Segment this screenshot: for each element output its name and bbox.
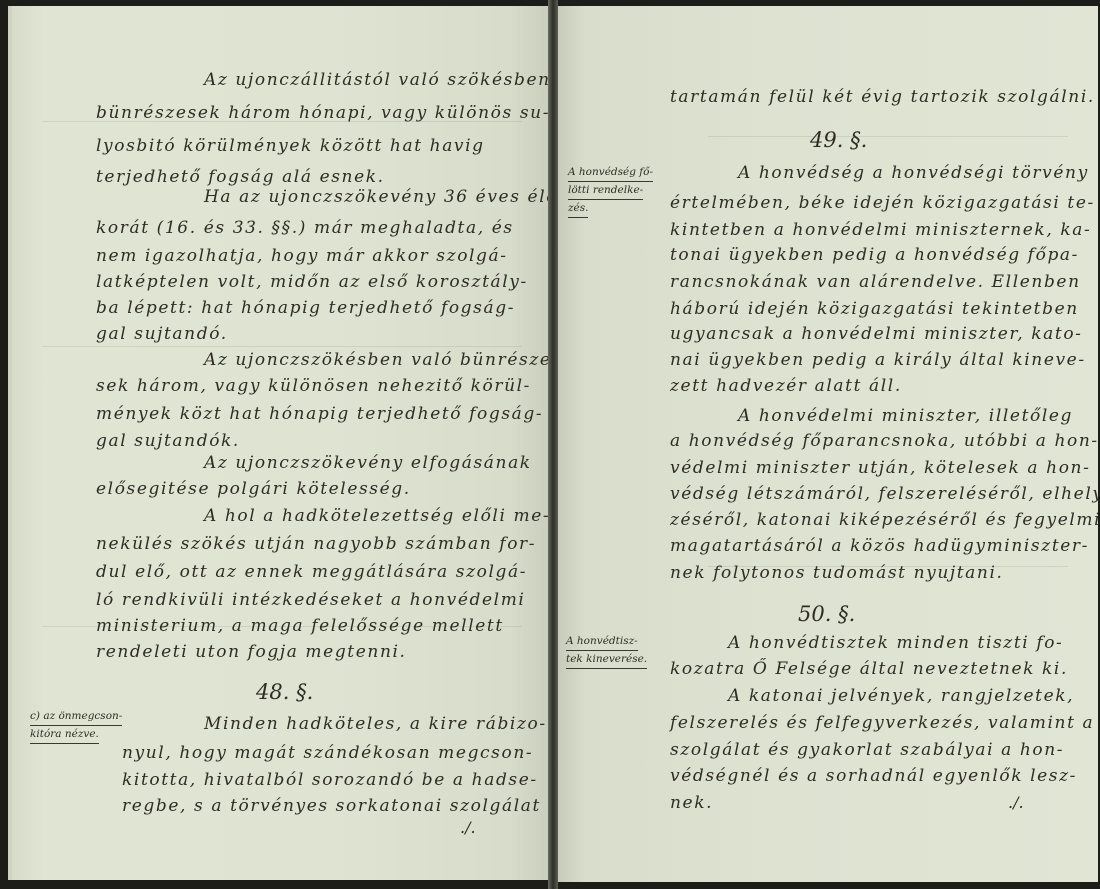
section-49-line: tonai ügyekben pedig a honvédség főpa- — [670, 245, 1079, 265]
left-line: korát (16. és 33. §§.) már meghaladta, é… — [96, 218, 514, 238]
section-49-line: ugyancsak a honvédelmi miniszter, kato- — [670, 324, 1083, 344]
section-50-line: nek. — [670, 793, 713, 813]
margin-note-line: kitóra nézve. — [30, 726, 99, 744]
section-50-line: kozatra Ő Felsége által neveztetnek ki. — [670, 659, 1068, 679]
left-line: gal sujtandók. — [96, 431, 240, 451]
section-50-line: A honvédtisztek minden tiszti fo- — [728, 633, 1063, 653]
section-49-line: a honvédség főparancsnoka, utóbbi a hon- — [670, 431, 1098, 451]
left-line: ministerium, a maga felelőssége mellett — [96, 616, 504, 636]
margin-note-line: A honvédség fő- — [568, 164, 653, 182]
left-line: lyosbitó körülmények között hat havig — [96, 136, 485, 156]
section-49-line: értelmében, béke idején közigazgatási te… — [670, 193, 1095, 213]
margin-note-50: A honvédtisz- tek kineverése. — [566, 633, 647, 669]
section-49-line: A honvédelmi miniszter, illetőleg — [738, 406, 1073, 426]
left-line: rendeleti uton fogja megtenni. — [96, 642, 407, 662]
margin-note-line: A honvédtisz- — [566, 633, 638, 651]
left-line: Az ujonczszökésben való bünrésze- — [204, 350, 552, 370]
section-49-line: nek folytonos tudomást nyujtani. — [670, 563, 1004, 583]
right-page: tartamán felül két évig tartozik szolgál… — [558, 6, 1098, 882]
continuation-mark: ./. — [460, 818, 476, 837]
left-line: latképtelen volt, midőn az első korosztá… — [96, 272, 528, 292]
section-49-line: védelmi miniszter utján, kötelesek a hon… — [670, 458, 1090, 478]
section-50-line: védségnél és a sorhadnál egyenlők lesz- — [670, 766, 1077, 786]
section-50-line: A katonai jelvények, rangjelzetek, — [728, 686, 1074, 706]
left-line: nem igazolhatja, hogy már akkor szolgá- — [96, 246, 508, 266]
section-50-heading: 50. §. — [798, 602, 855, 626]
section-49-line: rancsnokának van alárendelve. Ellenben — [670, 272, 1081, 292]
section-49-heading: 49. §. — [810, 128, 867, 152]
left-line: dul elő, ott az ennek meggátlására szolg… — [96, 562, 527, 582]
left-line: ló rendkivüli intézkedéseket a honvédelm… — [96, 590, 525, 610]
left-line: ba lépett: hat hónapig terjedhető fogság… — [96, 298, 515, 318]
left-line: gal sujtandó. — [96, 324, 228, 344]
section-50-line: szolgálat és gyakorlat szabályai a hon- — [670, 740, 1064, 760]
section-48-line: nyul, hogy magát szándékosan megcson- — [122, 743, 533, 763]
section-49-line: zett hadvezér alatt áll. — [670, 376, 902, 396]
left-line: bünrészesek három hónapi, vagy különös s… — [96, 103, 550, 123]
section-49-line: védség létszámáról, felszereléséről, elh… — [670, 484, 1098, 504]
left-line: Az ujonczszökevény elfogásának — [204, 453, 532, 473]
left-line: A hol a hadkötelezettség előli me- — [204, 506, 550, 526]
left-line: sek három, vagy különösen nehezitő körül… — [96, 376, 531, 396]
section-48-heading: 48. §. — [256, 680, 313, 704]
section-49-line: kintetben a honvédelmi miniszternek, ka- — [670, 220, 1091, 240]
section-49-line: nai ügyekben pedig a király által kineve… — [670, 350, 1086, 370]
margin-note-line: c) az önmegcson- — [30, 708, 122, 726]
left-line: Ha az ujonczszökevény 36 éves élet- — [204, 187, 552, 207]
left-line: mények közt hat hónapig terjedhető fogsá… — [96, 404, 543, 424]
left-line: Az ujonczállitástól való szökésben — [204, 70, 551, 90]
section-49-line: A honvédség a honvédségi törvény — [738, 163, 1089, 183]
margin-note-line: tek kineverése. — [566, 651, 647, 669]
section-49-line: magatartásáról a közös hadügyminiszter- — [670, 536, 1089, 556]
section-50-line: felszerelés és felfegyverkezés, valamint… — [670, 713, 1094, 733]
continuation-mark: ./. — [1008, 793, 1024, 812]
left-line: elősegitése polgári kötelesség. — [96, 479, 411, 499]
section-48-line: kitotta, hivatalból sorozandó be a hadse… — [122, 770, 538, 790]
right-first-line: tartamán felül két évig tartozik szolgál… — [670, 87, 1095, 107]
left-line: terjedhető fogság alá esnek. — [96, 167, 385, 187]
section-49-line: háború idején közigazgatási tekintetben — [670, 299, 1079, 319]
margin-note-line: zés. — [568, 200, 588, 218]
section-48-line: Minden hadköteles, a kire rábizo- — [204, 714, 547, 734]
left-line: nekülés szökés utján nagyobb számban for… — [96, 534, 536, 554]
section-49-line: zéséről, katonai kiképezéséről és fegyel… — [670, 510, 1098, 530]
left-page: Az ujonczállitástól való szökésben bünré… — [8, 6, 552, 880]
margin-note-line: lötti rendelke- — [568, 182, 643, 200]
book-gutter — [548, 0, 558, 889]
section-48-line: regbe, s a törvényes sorkatonai szolgála… — [122, 796, 541, 816]
margin-note-48: c) az önmegcson- kitóra nézve. — [30, 708, 122, 744]
margin-note-49: A honvédség fő- lötti rendelke- zés. — [568, 164, 653, 218]
